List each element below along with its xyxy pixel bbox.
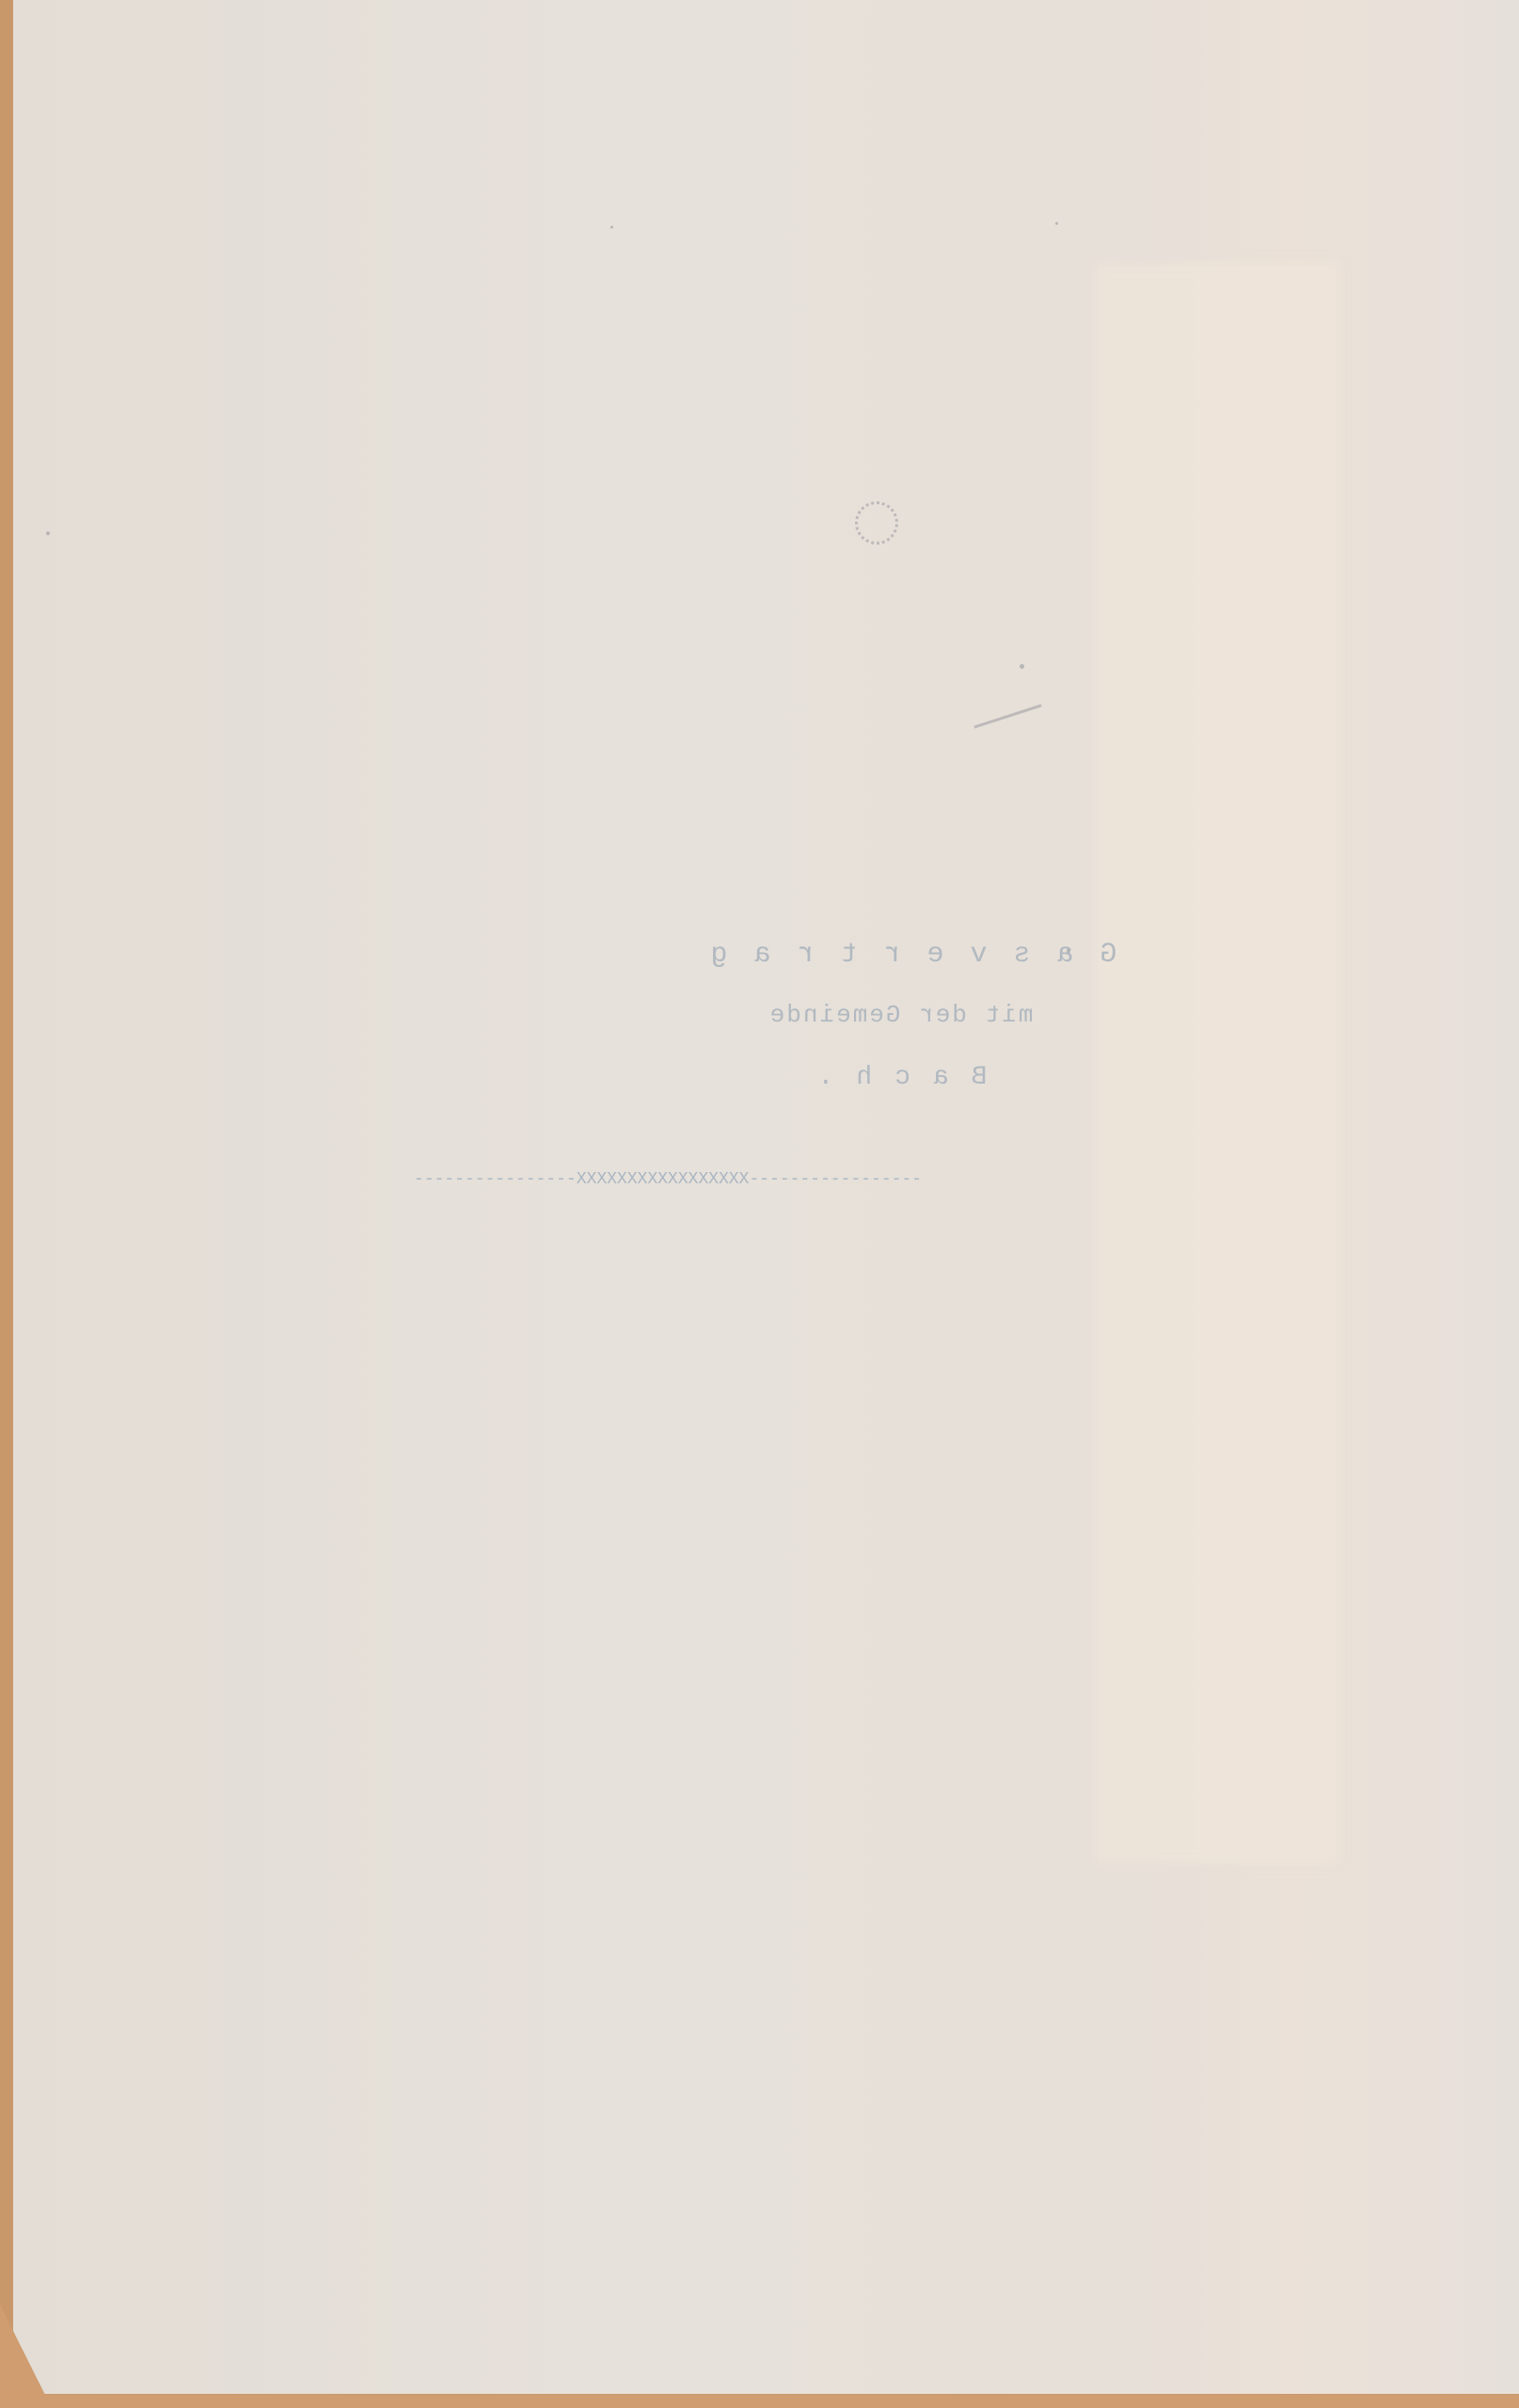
paper-sheet [13,0,1519,2394]
speck [1055,222,1058,225]
mirrored-title: Gasvertrag [0,939,1519,971]
mirrored-subtitle: mit der Gemeinde [0,1001,1519,1029]
mirrored-place: Bach. [0,1063,1519,1092]
speck [46,531,50,535]
folded-corner [0,2305,52,2408]
speck [1020,664,1024,669]
speck [610,226,613,229]
bottom-border [0,2395,1519,2408]
pencil-mark [855,501,898,545]
separator-line: -----------------XXXXXXXXXXXXXXXXX------… [254,1170,1082,1189]
pencil-stroke [973,704,1041,728]
